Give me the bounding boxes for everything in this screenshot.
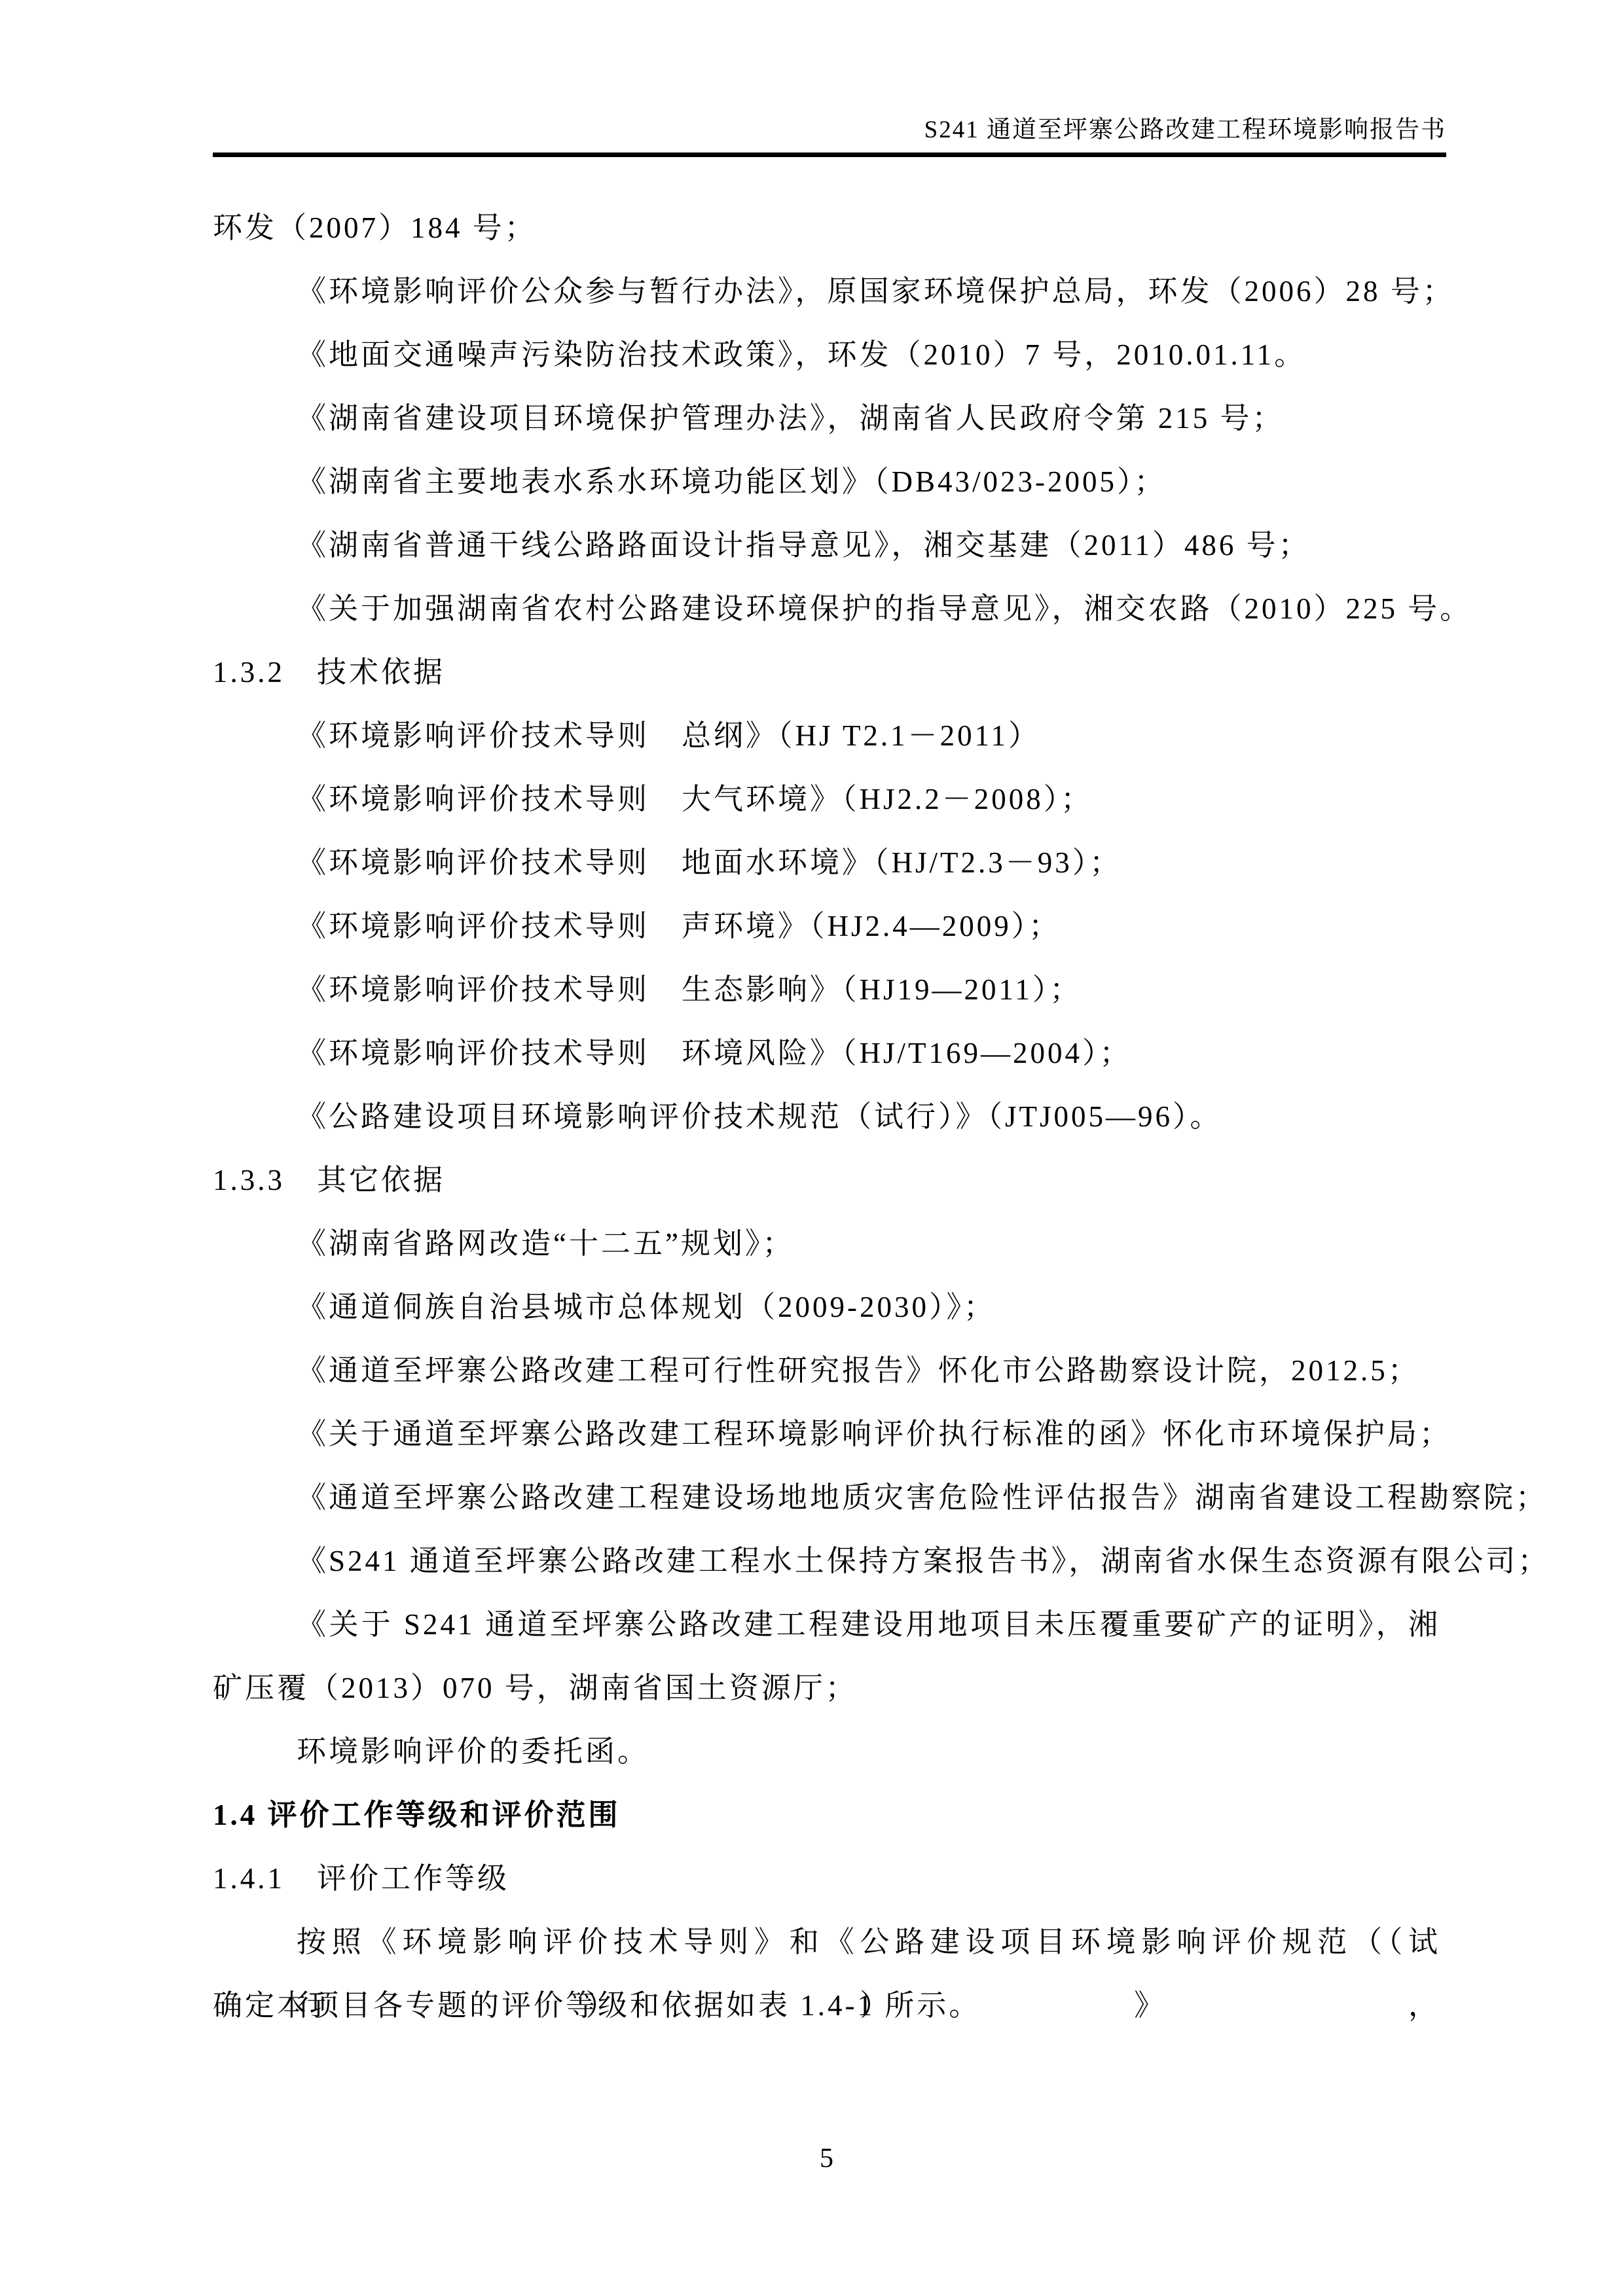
text-line: 《环境影响评价技术导则 声环境》（HJ2.4—2009）； [213,895,1440,958]
text-line: 《环境影响评价技术导则 环境风险》（HJ/T169—2004）； [213,1022,1440,1085]
text-line: 《环境影响评价技术导则 总纲》（HJ T2.1－2011） [213,704,1440,768]
text-line: 环发（2007）184 号； [213,196,1440,260]
text-line: 《公路建设项目环境影响评价技术规范（试行）》（JTJ005—96）。 [213,1085,1440,1149]
text-line: 《通道至坪寨公路改建工程建设场地地质灾害危险性评估报告》湖南省建设工程勘察院； [213,1466,1440,1530]
text-line: 矿压覆（2013）070 号，湖南省国土资源厅； [213,1657,1440,1720]
document-page: S241 通道至坪寨公路改建工程环境影响报告书 环发（2007）184 号；《环… [0,0,1623,2296]
header-rule [213,152,1446,157]
text-line: 《环境影响评价技术导则 生态影响》（HJ19—2011）； [213,958,1440,1022]
text-line: 《湖南省普通干线公路路面设计指导意见》，湘交基建（2011）486 号； [213,514,1440,577]
text-line: 《关于通道至坪寨公路改建工程环境影响评价执行标准的函》怀化市环境保护局； [213,1403,1440,1466]
text-line: 《湖南省建设项目环境保护管理办法》，湖南省人民政府令第 215 号； [213,387,1440,450]
text-line: 《湖南省路网改造“十二五”规划》； [213,1212,1440,1276]
text-line: 《S241 通道至坪寨公路改建工程水土保持方案报告书》，湖南省水保生态资源有限公… [213,1530,1440,1593]
text-line: 《环境影响评价公众参与暂行办法》，原国家环境保护总局，环发（2006）28 号； [213,260,1440,323]
text-line: 按照《环境影响评价技术导则》和《公路建设项目环境影响评价规范（（试行））》， [213,1910,1440,1974]
header-title: S241 通道至坪寨公路改建工程环境影响报告书 [924,117,1446,143]
text-line: 《环境影响评价技术导则 大气环境》（HJ2.2－2008）； [213,768,1440,831]
section-heading: 1.4.1 评价工作等级 [213,1847,1440,1910]
text-line: 《湖南省主要地表水系水环境功能区划》（DB43/023-2005）； [213,450,1440,514]
text-line: 《关于 S241 通道至坪寨公路改建工程建设用地项目未压覆重要矿产的证明》，湘 [213,1593,1440,1657]
section-heading: 1.4 评价工作等级和评价范围 [213,1784,1440,1847]
page-number: 5 [820,2144,833,2174]
text-line: 《关于加强湖南省农村公路建设环境保护的指导意见》，湘交农路（2010）225 号… [213,577,1440,641]
section-heading: 1.3.3 其它依据 [213,1149,1440,1212]
text-line: 《环境影响评价技术导则 地面水环境》（HJ/T2.3－93）； [213,831,1440,895]
text-line: 《通道至坪寨公路改建工程可行性研究报告》怀化市公路勘察设计院，2012.5； [213,1339,1440,1403]
text-line: 《地面交通噪声污染防治技术政策》，环发（2010）7 号，2010.01.11。 [213,323,1440,387]
section-heading: 1.3.2 技术依据 [213,641,1440,704]
text-line: 《通道侗族自治县城市总体规划（2009-2030）》； [213,1276,1440,1339]
page-footer: 5 [213,2142,1440,2176]
text-line: 环境影响评价的委托函。 [213,1720,1440,1784]
page-header: S241 通道至坪寨公路改建工程环境影响报告书 [213,115,1446,145]
document-body: 环发（2007）184 号；《环境影响评价公众参与暂行办法》，原国家环境保护总局… [213,196,1440,2037]
